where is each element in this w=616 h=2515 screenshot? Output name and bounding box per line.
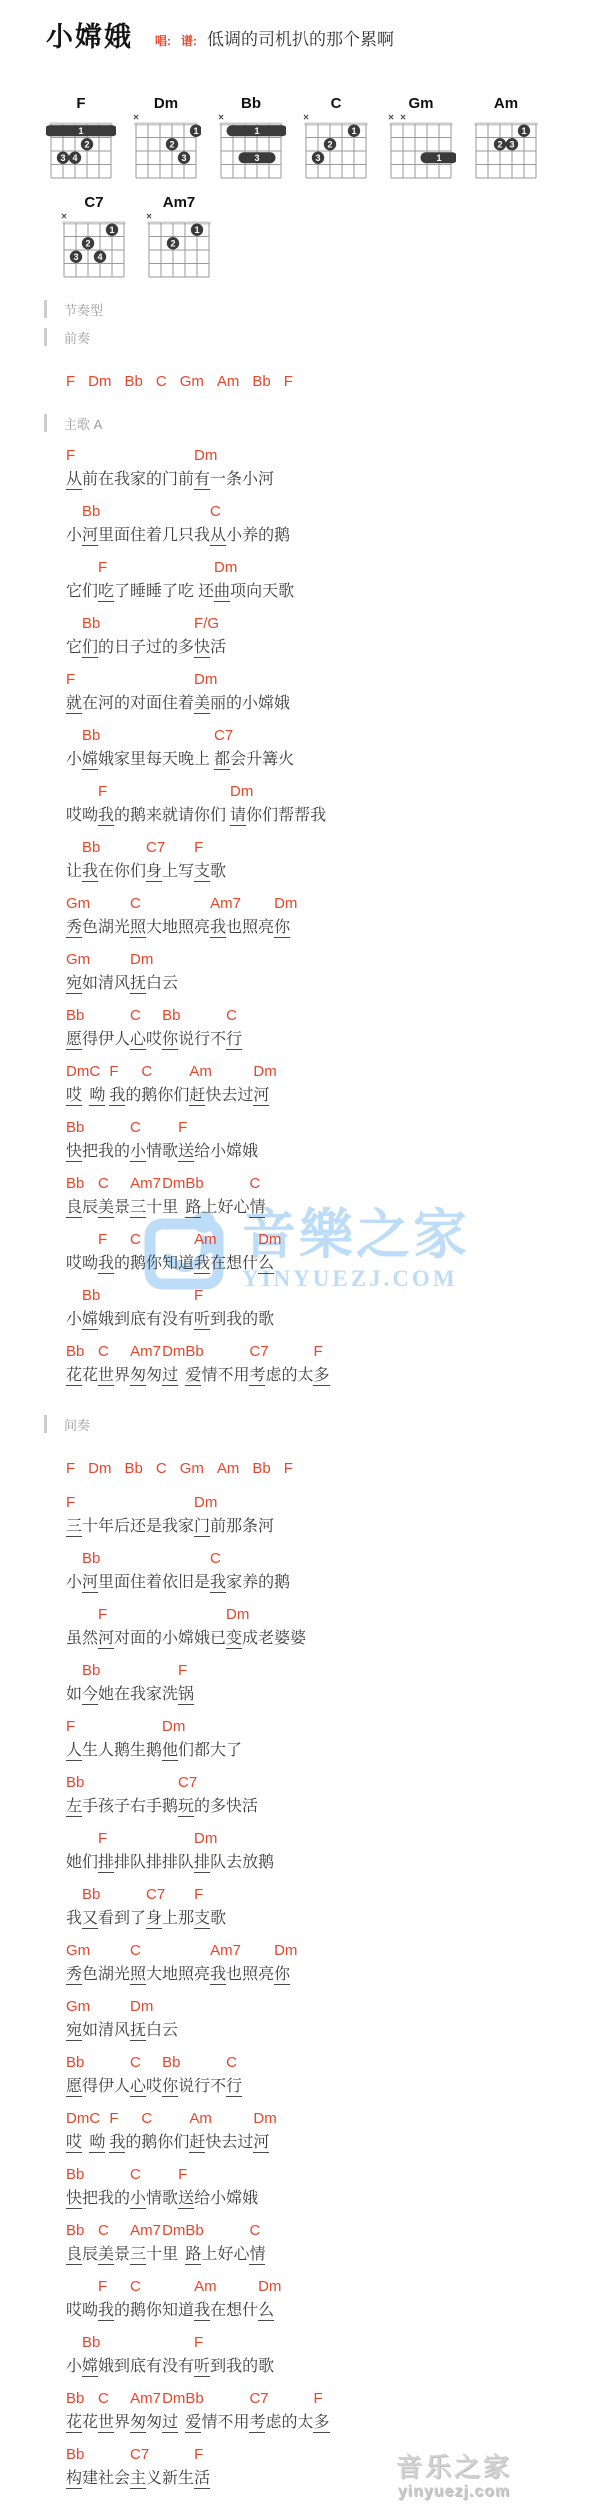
chord-label: Bb	[162, 1006, 226, 1027]
chord-label: Bb	[66, 2389, 98, 2410]
lyric-segment: Bb愿得伊人	[66, 2053, 130, 2100]
chord-label: F	[178, 1118, 258, 1139]
chord-diagram-name: Am7	[144, 195, 214, 211]
lyric-text: 快活	[194, 635, 226, 661]
svg-text:1: 1	[109, 225, 114, 235]
lyric-segment: C情	[249, 1174, 265, 1221]
verse-a-lines: F从前在我家的门前Dm有一条小河 小Bb河里面住着几只我C从小养的鹅 它们F吃了…	[66, 446, 616, 1389]
lyric-segment: C美景	[98, 2221, 130, 2268]
chord-label: F	[178, 1661, 194, 1682]
chord-label	[66, 558, 98, 579]
lyric-segment: C7身上那	[146, 1885, 194, 1932]
lyric-segment: C我家养的鹅	[210, 1549, 290, 1596]
chord-label: F	[313, 2389, 329, 2410]
chord-label: Dm	[253, 2109, 276, 2130]
underlined-char: 曲	[214, 583, 230, 602]
chord-label: F	[194, 838, 226, 859]
lyric-segment: Am赶快去过	[189, 1062, 253, 1109]
lyric-text: 宛如清风	[66, 971, 130, 997]
lyric-segment: Dm么	[258, 1230, 281, 1277]
lyric-segment: F我的鹅来就请你们	[98, 782, 230, 829]
svg-text:1: 1	[521, 126, 526, 136]
lyric-text: 美景	[98, 1195, 130, 1221]
underlined-char: 三	[130, 1199, 146, 1218]
underlined-char: 过	[162, 1367, 178, 1386]
chord-label: C	[98, 1174, 130, 1195]
chord-label: Am	[194, 2277, 258, 2298]
lyric-text: 听到我的歌	[194, 2354, 274, 2380]
underlined-char: 变	[226, 1630, 242, 1649]
lyric-text: 你说行不	[162, 1027, 226, 1053]
chord-label: Dm	[194, 670, 290, 691]
underlined-char: 良	[66, 2246, 82, 2265]
chord-label: C	[98, 2389, 130, 2410]
chord-label: F	[194, 1885, 226, 1906]
chord-grid-am: 123	[471, 112, 541, 180]
underlined-char: 从	[210, 527, 226, 546]
lyric-text: 过	[162, 1363, 185, 1389]
chord-token: Bb	[252, 1459, 270, 1479]
lyric-text: 情	[249, 2242, 265, 2268]
chord-label	[66, 726, 82, 747]
chord-label: F	[66, 670, 194, 691]
chord-label: Bb	[185, 2389, 249, 2410]
lyric-text: 小	[66, 2354, 82, 2380]
sheet-content: 小嫦娥 唱: 谱: 低调的司机扒的那个累啊 F1234Dm×123Bb×13C×…	[0, 0, 616, 2492]
underlined-char: 送	[178, 2190, 194, 2209]
chord-token: Am	[217, 1459, 240, 1479]
lyric-segment: 它	[66, 614, 82, 661]
chord-label: Dm	[194, 446, 274, 467]
lyric-text: 么	[258, 1251, 281, 1277]
underlined-char: 心	[130, 1031, 146, 1050]
lyric-segment: F活	[194, 2445, 210, 2492]
lyric-segment: Bb河里面住着几只我	[82, 502, 210, 549]
chord-label: Bb	[66, 2165, 130, 2186]
lyric-line: Bb快把我的C小情歌F送给小嫦娥	[66, 2165, 616, 2212]
lyric-segment: F我的	[109, 1062, 141, 1109]
underlined-char: 多	[313, 2414, 329, 2433]
lyric-text: 从小养的鹅	[210, 523, 290, 549]
svg-text:2: 2	[497, 139, 502, 149]
lyric-segment: 小	[66, 1286, 82, 1333]
chord-label: C7	[130, 2445, 194, 2466]
sing-label: 唱:	[155, 32, 171, 50]
underlined-char: 赶	[189, 2134, 205, 2153]
chord-grid-am7: ×12	[144, 211, 214, 279]
underlined-char: 支	[194, 863, 210, 882]
lyric-segment: C鹅你们	[141, 1062, 189, 1109]
lyric-segment: Bb路上好心	[185, 2221, 249, 2268]
chord-label: Dm	[66, 2109, 89, 2130]
underlined-char: 我	[210, 1574, 226, 1593]
lyric-text: 支歌	[194, 1906, 226, 1932]
lyric-segment: C小情歌	[130, 1118, 178, 1165]
chord-diagram-row-1: F1234Dm×123Bb×13C×123Gm××1Am123	[46, 96, 616, 185]
lyric-text: 曲项向天歌	[214, 579, 294, 605]
lyric-segment: C7都会升篝火	[214, 726, 294, 773]
underlined-char: 河	[253, 1087, 269, 1106]
chord-label	[66, 1605, 98, 1626]
lyric-text: 愿得伊人	[66, 2074, 130, 2100]
chord-label: Dm	[162, 1174, 185, 1195]
svg-text:2: 2	[85, 238, 90, 248]
muted-string-mark: ×	[133, 113, 139, 124]
lyric-text: 里	[162, 1195, 185, 1221]
muted-string-mark: ×	[303, 113, 309, 124]
chord-label: Dm	[162, 2221, 185, 2242]
chord-label: F	[178, 2165, 258, 2186]
lyric-line: 小Bb嫦娥到底有没有F听到我的歌	[66, 1286, 616, 1333]
section-verse-a-label: 主歌 A	[64, 414, 102, 433]
underlined-char: 良	[66, 1199, 82, 1218]
underlined-char: 构	[66, 2470, 82, 2489]
underlined-char: 活	[194, 2470, 210, 2489]
lyric-text: 花花	[66, 2410, 98, 2436]
chord-diagram-name: Gm	[386, 96, 456, 112]
chord-label: C	[130, 1230, 194, 1251]
chord-label: Dm	[230, 782, 326, 803]
underlined-char: 行	[226, 2078, 242, 2097]
lyric-text: 锅	[178, 1682, 194, 1708]
lyric-segment: Bb嫦娥到底有没有	[82, 1286, 194, 1333]
underlined-char: 美	[98, 2246, 114, 2265]
lyric-text: 快把我的	[66, 1139, 130, 1165]
lyric-segment: C心哎	[130, 1006, 162, 1053]
underlined-char: 宛	[66, 975, 82, 994]
lyric-text: 世界	[98, 1363, 130, 1389]
underlined-char: 从	[66, 471, 82, 490]
lyric-segment: Bb我在你们	[82, 838, 146, 885]
lyric-text: 嫦娥到底有没有	[82, 2354, 194, 2380]
chord-token: Bb	[125, 372, 143, 392]
lyric-segment: Bb良辰	[66, 1174, 98, 1221]
lyric-line: Bb良辰C美景Am7三十Dm里 Bb路上好心C情	[66, 1174, 616, 1221]
chord-label	[66, 1661, 82, 1682]
underlined-char: 们	[82, 639, 98, 658]
chord-label: Bb	[185, 1342, 249, 1363]
chord-label: C	[130, 1941, 210, 1962]
chord-label: C	[210, 1549, 290, 1570]
svg-text:4: 4	[72, 153, 77, 163]
chord-label: C	[226, 1006, 242, 1027]
lyric-segment: 它们	[66, 558, 98, 605]
chord-label: Gm	[66, 950, 130, 971]
section-bar	[44, 414, 47, 432]
underlined-char: 河	[98, 1630, 114, 1649]
chord-token: Am	[217, 372, 240, 392]
chord-label: Bb	[82, 1661, 178, 1682]
lyric-segment: Am7三十	[130, 2221, 162, 2268]
lyric-segment: C7考虑的太	[249, 2389, 313, 2436]
chord-label: Bb	[82, 726, 214, 747]
underlined-char: 你	[274, 919, 290, 938]
chord-label: Bb	[82, 1549, 210, 1570]
underlined-char: 愿	[66, 1031, 82, 1050]
lyric-segment: C情	[249, 2221, 265, 2268]
chord-label: C	[210, 502, 290, 523]
lyric-line: F从前在我家的门前Dm有一条小河	[66, 446, 616, 493]
lyric-text: 多	[313, 1363, 329, 1389]
lyric-line: Bb左手孩子右手鹅C7玩的多快活	[66, 1773, 616, 1820]
underlined-char: 锅	[178, 1686, 194, 1705]
chord-diagram-name: F	[46, 96, 116, 112]
underlined-char: 三	[66, 1518, 82, 1537]
lyric-segment: F人生人鹅生鹅	[66, 1717, 162, 1764]
lyric-text: 哎呦	[66, 2298, 98, 2324]
lyric-segment: Am我在想什	[194, 1230, 258, 1277]
lyric-segment: C行	[226, 2053, 242, 2100]
lyric-segment: C世界	[98, 2389, 130, 2436]
chord-label: Dm	[194, 1829, 274, 1850]
verse-b-lines: F三十年后还是我家Dm门前那条河 小Bb河里面住着依旧是C我家养的鹅 虽然F河对…	[66, 1493, 616, 2492]
lyric-line: Dm哎 C呦 F我的C鹅你们Am赶快去过Dm河	[66, 2109, 616, 2156]
svg-text:4: 4	[97, 252, 102, 262]
lyric-text: 主义新生	[130, 2466, 194, 2492]
svg-text:2: 2	[169, 139, 174, 149]
section-interlude-label: 间奏	[64, 1415, 90, 1434]
underlined-char: 今	[82, 1686, 98, 1705]
lyric-segment: Dm你	[274, 894, 297, 941]
lyric-text: 赶快去过	[189, 2130, 253, 2156]
lyric-segment: Dm里	[162, 2221, 185, 2268]
lyric-segment: Bb嫦娥到底有没有	[82, 2333, 194, 2380]
underlined-char: 爱	[185, 1367, 201, 1386]
chord-label: Am7	[130, 1342, 162, 1363]
chord-label: F	[313, 1342, 329, 1363]
chord-grid-dm: ×123	[131, 112, 201, 180]
chord-label: Dm	[194, 1493, 274, 1514]
underlined-char: 排	[98, 1854, 114, 1873]
chord-label: F	[98, 782, 230, 803]
chord-token: F	[284, 1459, 293, 1479]
lyric-text: 路上好心	[185, 1195, 249, 1221]
lyric-segment: F听到我的歌	[194, 2333, 274, 2380]
lyric-segment: Am7三十	[130, 1174, 162, 1221]
lyric-line: 小Bb河里面住着依旧是C我家养的鹅	[66, 1549, 616, 1596]
lyric-text: 三十	[130, 2242, 162, 2268]
lyric-line: F就在河的对面住着Dm美丽的小嫦娥	[66, 670, 616, 717]
underlined-char: 嫦	[82, 1311, 98, 1330]
section-verse-a: 主歌 A	[46, 414, 616, 432]
underlined-char: 爱	[185, 2414, 201, 2433]
chord-label	[66, 782, 98, 803]
lyric-segment: 虽然	[66, 1605, 98, 1652]
chord-token: Bb	[125, 1459, 143, 1479]
lyric-segment: C7主义新生	[130, 2445, 194, 2492]
chord-label	[66, 1286, 82, 1307]
underlined-char: 河	[82, 527, 98, 546]
lyric-segment: Dm抚白云	[130, 950, 178, 997]
lyric-segment: Bb你说行不	[162, 1006, 226, 1053]
lyric-text: 小	[66, 523, 82, 549]
lyric-text: 河里面住着依旧是	[82, 1570, 210, 1596]
lyric-text: 都会升篝火	[214, 747, 294, 773]
lyric-segment: F三十年后还是我家	[66, 1493, 194, 1540]
lyric-text: 如	[66, 1682, 82, 1708]
lyric-text: 呦	[89, 2130, 109, 2156]
lyric-segment: F送给小嫦娥	[178, 1118, 258, 1165]
chord-label: C	[130, 2165, 178, 2186]
muted-string-mark: ×	[61, 212, 67, 223]
lyric-line: 如Bb今她在我家洗F锅	[66, 1661, 616, 1708]
underlined-char: 世	[98, 2414, 114, 2433]
chord-label: C7	[249, 2389, 313, 2410]
lyric-text: 身上那	[146, 1906, 194, 1932]
chord-diagram-f: F1234	[46, 96, 116, 185]
underlined-char: 呦	[89, 1087, 105, 1106]
underlined-char: 愿	[66, 2078, 82, 2097]
lyric-line: Gm宛如清风Dm抚白云	[66, 950, 616, 997]
svg-text:1: 1	[254, 126, 259, 136]
svg-text:3: 3	[60, 153, 65, 163]
lyric-text: 让	[66, 859, 82, 885]
section-rhythm: 节奏型	[46, 300, 616, 318]
chord-label	[66, 1549, 82, 1570]
chord-label: C	[130, 894, 210, 915]
chord-label: C	[226, 2053, 242, 2074]
lyric-text: 变成老婆婆	[226, 1626, 306, 1652]
lyric-text: 听到我的歌	[194, 1307, 274, 1333]
underlined-char: 赶	[189, 1087, 205, 1106]
underlined-char: 听	[194, 2358, 210, 2377]
chord-label: F	[66, 1717, 162, 1738]
lyric-line: 虽然F河对面的小嫦娥已Dm变成老婆婆	[66, 1605, 616, 1652]
svg-text:2: 2	[84, 139, 89, 149]
underlined-char: 我	[194, 1255, 210, 1274]
lyric-segment: Bb嫦娥家里每天晚上	[82, 726, 214, 773]
chord-diagram-c7: C7×1234	[59, 195, 129, 284]
lyric-segment: Gm秀色湖光	[66, 894, 130, 941]
lyric-text: 路上好心	[185, 2242, 249, 2268]
lyric-text: 玩的多快活	[178, 1794, 258, 1820]
lyric-segment: F送给小嫦娥	[178, 2165, 258, 2212]
lyric-segment: 哎呦	[66, 2277, 98, 2324]
underlined-char: 主	[130, 2470, 146, 2489]
svg-text:2: 2	[327, 139, 332, 149]
lyric-text: 它	[66, 635, 82, 661]
chord-token: F	[284, 372, 293, 392]
lyric-text: 河	[253, 1083, 276, 1109]
lyric-text: 照大地照亮	[130, 915, 210, 941]
chord-diagram-dm: Dm×123	[131, 96, 201, 185]
lyric-segment: F锅	[178, 1661, 194, 1708]
chord-label	[66, 2333, 82, 2354]
chord-token: Gm	[180, 372, 204, 392]
chord-token: F	[66, 372, 75, 392]
lyric-segment: Dm抚白云	[130, 1997, 178, 2044]
chord-diagram-area: F1234Dm×123Bb×13C×123Gm××1Am123 C7×1234A…	[46, 96, 616, 284]
lyric-segment: Am我在想什	[194, 2277, 258, 2324]
underlined-char: 我	[210, 1966, 226, 1985]
lyric-text: 花花	[66, 1363, 98, 1389]
lyric-text: 抚白云	[130, 2018, 178, 2044]
underlined-char: 都	[214, 751, 230, 770]
chord-grid-gm: ××1	[386, 112, 456, 180]
lyric-text: 构建社会	[66, 2466, 130, 2492]
lyric-text: 排队去放鹅	[194, 1850, 274, 1876]
chord-label: C	[249, 1174, 265, 1195]
lyric-segment: Bb们的日子过的多	[82, 614, 194, 661]
lyric-line: 小Bb嫦娥到底有没有F听到我的歌	[66, 2333, 616, 2380]
lyric-text: 我也照亮	[210, 915, 274, 941]
lyric-text: 愿得伊人	[66, 1027, 130, 1053]
chord-label: Bb	[82, 2333, 194, 2354]
chord-label: C	[130, 1006, 162, 1027]
lyric-line: F人生人鹅生鹅Dm他们都大了	[66, 1717, 616, 1764]
chord-diagram-name: C	[301, 96, 371, 112]
chord-label: F	[194, 2333, 274, 2354]
lyric-segment: F我的	[109, 2109, 141, 2156]
lyric-segment: Am7我也照亮	[210, 894, 274, 941]
chord-label: Dm	[274, 1941, 297, 1962]
section-intro-label: 前奏	[64, 328, 90, 347]
lyric-line: 小Bb嫦娥家里每天晚上 C7都会升篝火	[66, 726, 616, 773]
lyric-text: 河里面住着几只我	[82, 523, 210, 549]
lyric-text: 小	[66, 1570, 82, 1596]
lyric-text: 鹅你们	[141, 2130, 189, 2156]
underlined-char: 你	[274, 1966, 290, 1985]
lyric-segment: Dm变成老婆婆	[226, 1605, 306, 1652]
chord-label: Bb	[66, 1006, 130, 1027]
lyric-text: 情	[249, 1195, 265, 1221]
lyric-segment: C鹅你们	[141, 2109, 189, 2156]
chord-token: Dm	[88, 1459, 111, 1479]
chord-label: F	[98, 1605, 226, 1626]
chord-diagram-am: Am123	[471, 96, 541, 185]
lyric-text: 心哎	[130, 2074, 162, 2100]
lyric-text: 排排队排排队	[98, 1850, 194, 1876]
underlined-char: 吃	[98, 583, 114, 602]
chord-diagram-name: Am	[471, 96, 541, 112]
lyric-text: 身上写	[146, 859, 194, 885]
underlined-char: 情	[249, 2246, 265, 2265]
lyric-segment: Gm秀色湖光	[66, 1941, 130, 1988]
chord-label: Dm	[130, 1997, 178, 2018]
underlined-char: 身	[146, 863, 162, 882]
underlined-char: 快	[66, 1143, 82, 1162]
chord-token: Gm	[180, 1459, 204, 1479]
underlined-char: 我	[210, 919, 226, 938]
lyric-line: Bb快把我的C小情歌F送给小嫦娥	[66, 1118, 616, 1165]
underlined-char: 秀	[66, 919, 82, 938]
underlined-char: 小	[130, 1143, 146, 1162]
lyric-segment: Bb愿得伊人	[66, 1006, 130, 1053]
underlined-char: 过	[162, 2414, 178, 2433]
chord-label: Bb	[185, 1174, 249, 1195]
underlined-char: 我	[98, 807, 114, 826]
lyric-text: 人生人鹅生鹅	[66, 1738, 162, 1764]
underlined-char: 小	[130, 2190, 146, 2209]
underlined-char: 他	[162, 1742, 178, 1761]
lyric-line: Bb构建社会C7主义新生F活	[66, 2445, 616, 2492]
underlined-char: 我	[82, 863, 98, 882]
lyric-segment: 哎呦	[66, 782, 98, 829]
lyric-segment: Bb花花	[66, 2389, 98, 2436]
chord-label: C7	[146, 838, 194, 859]
underlined-char: 行	[226, 1031, 242, 1050]
lyric-segment: Dm河	[253, 2109, 276, 2156]
lyric-line: 它们F吃了睡睡了吃 还Dm曲项向天歌	[66, 558, 616, 605]
lyric-text: 小	[66, 747, 82, 773]
chord-label: Bb	[82, 838, 146, 859]
underlined-char: 花	[66, 2414, 82, 2433]
lyric-segment: 小	[66, 502, 82, 549]
lyric-text: 今她在我家洗	[82, 1682, 178, 1708]
lyric-text: 他们都大了	[162, 1738, 242, 1764]
lyric-text: 抚白云	[130, 971, 178, 997]
muted-string-mark: ×	[388, 113, 394, 124]
